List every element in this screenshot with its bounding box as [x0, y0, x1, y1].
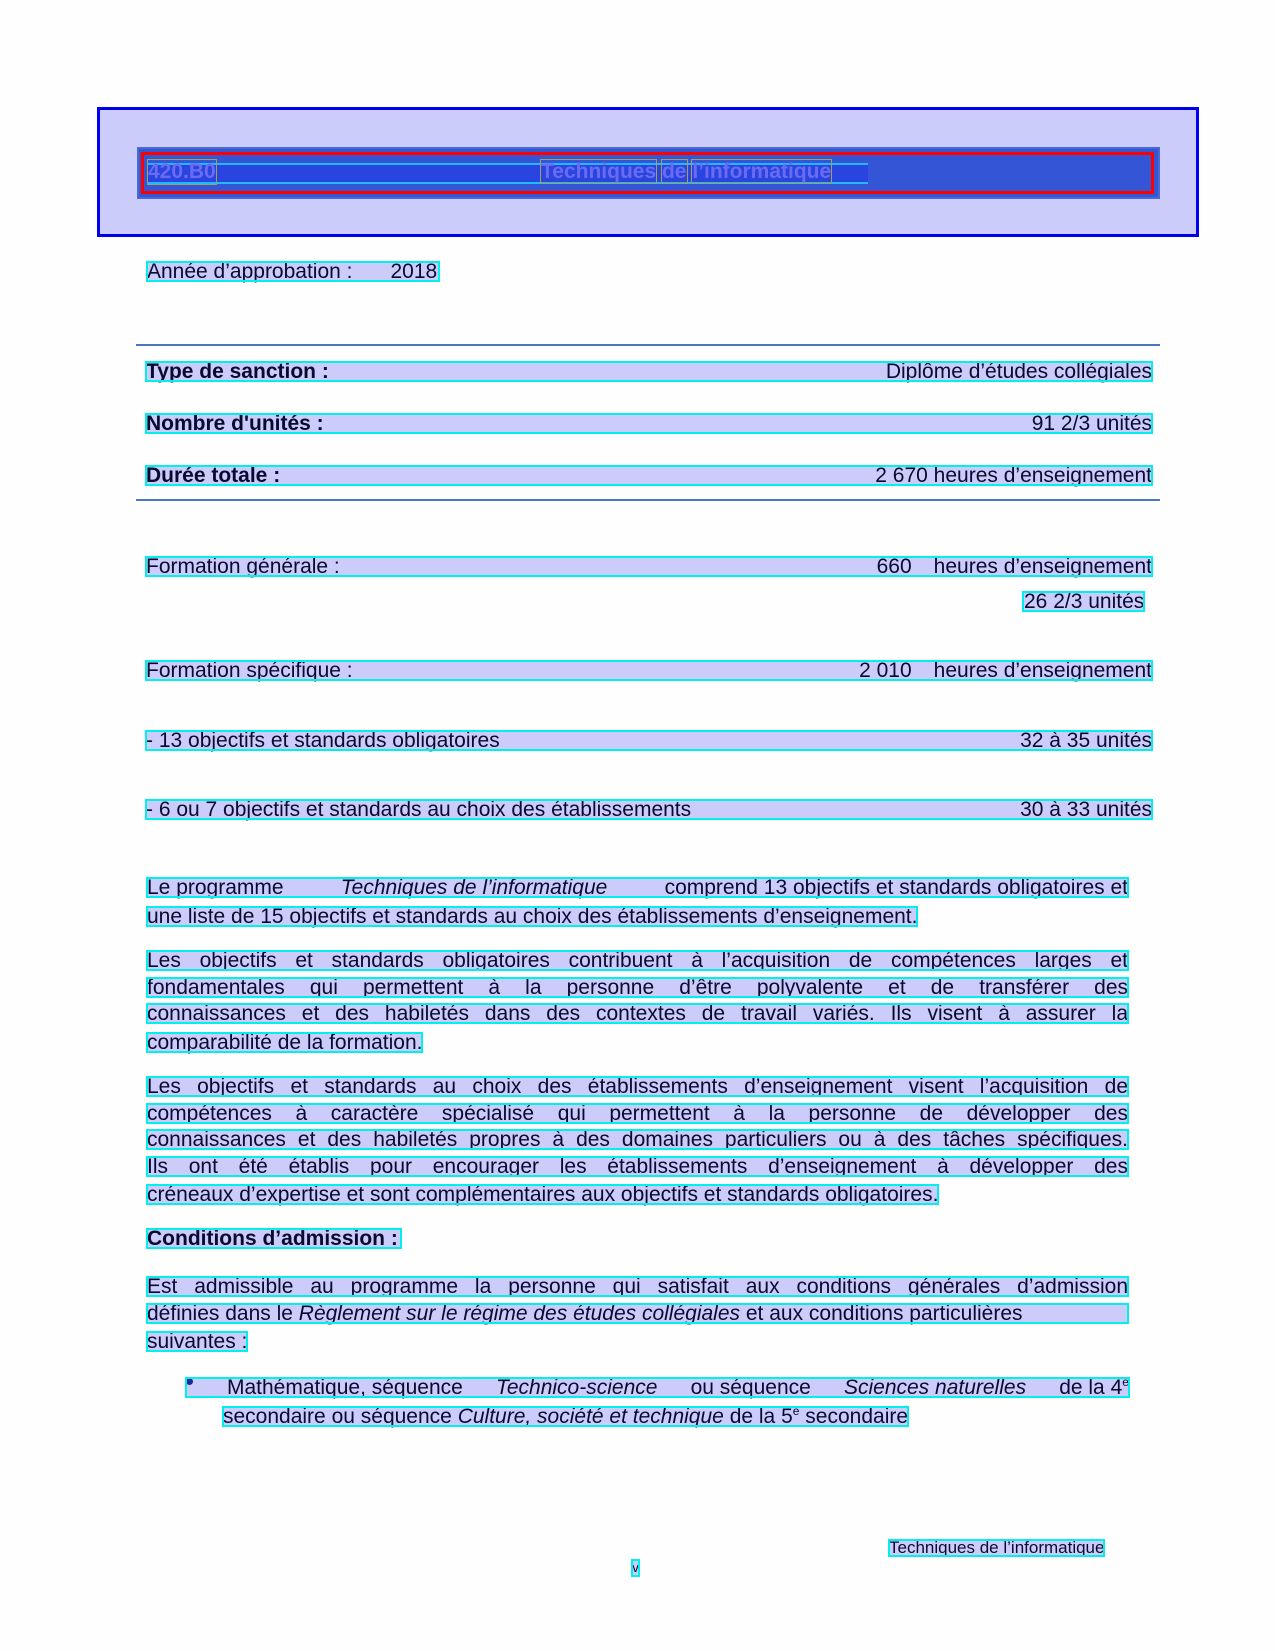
approval-value: 2018	[391, 260, 438, 283]
approval-year: Année d’approbation :2018	[147, 262, 439, 281]
formation-generale-row: Formation générale : 660heures d’enseign…	[146, 557, 1152, 576]
formation-generale-units: 26 2/3 unités	[1023, 592, 1144, 611]
summary-row-duration: Durée totale : 2 670 heures d’enseigneme…	[146, 466, 1152, 485]
paragraph-program-description: Le programme Techniques de l’informatiqu…	[147, 878, 1128, 933]
paragraph-mandatory-objectives: Les objectifs et standards obligatoires …	[147, 951, 1128, 1059]
summary-row-sanction: Type de sanction : Diplôme d’études coll…	[146, 362, 1152, 381]
paragraph-choice-objectives: Les objectifs et standards au choix des …	[147, 1077, 1128, 1212]
admission-requirement-item: Mathématique, séquence Technico-science …	[186, 1378, 1129, 1433]
divider-top	[136, 344, 1160, 346]
program-title: Techniques de l’informatique	[541, 160, 831, 184]
footer-title: Techniques de l’informatique	[889, 1540, 1104, 1556]
paragraph-admission: Est admissible au programme la personne …	[147, 1277, 1128, 1359]
page-number: v	[632, 1560, 639, 1576]
divider-bottom	[136, 499, 1160, 501]
summary-row-units: Nombre d'unités : 91 2/3 unités	[146, 414, 1152, 433]
program-title-bar: 420.B0 Techniques de l’informatique	[137, 147, 1160, 199]
admission-heading: Conditions d’admission :	[147, 1229, 401, 1248]
bullet-icon	[186, 1378, 193, 1385]
approval-label: Année d’approbation :	[147, 260, 353, 283]
objectives-mandatory-row: - 13 objectifs et standards obligatoires…	[146, 731, 1152, 750]
program-code: 420.B0	[148, 160, 216, 184]
formation-specifique-row: Formation spécifique : 2 010heures d’ens…	[146, 661, 1152, 680]
objectives-choice-row: - 6 ou 7 objectifs et standards au choix…	[146, 800, 1152, 819]
